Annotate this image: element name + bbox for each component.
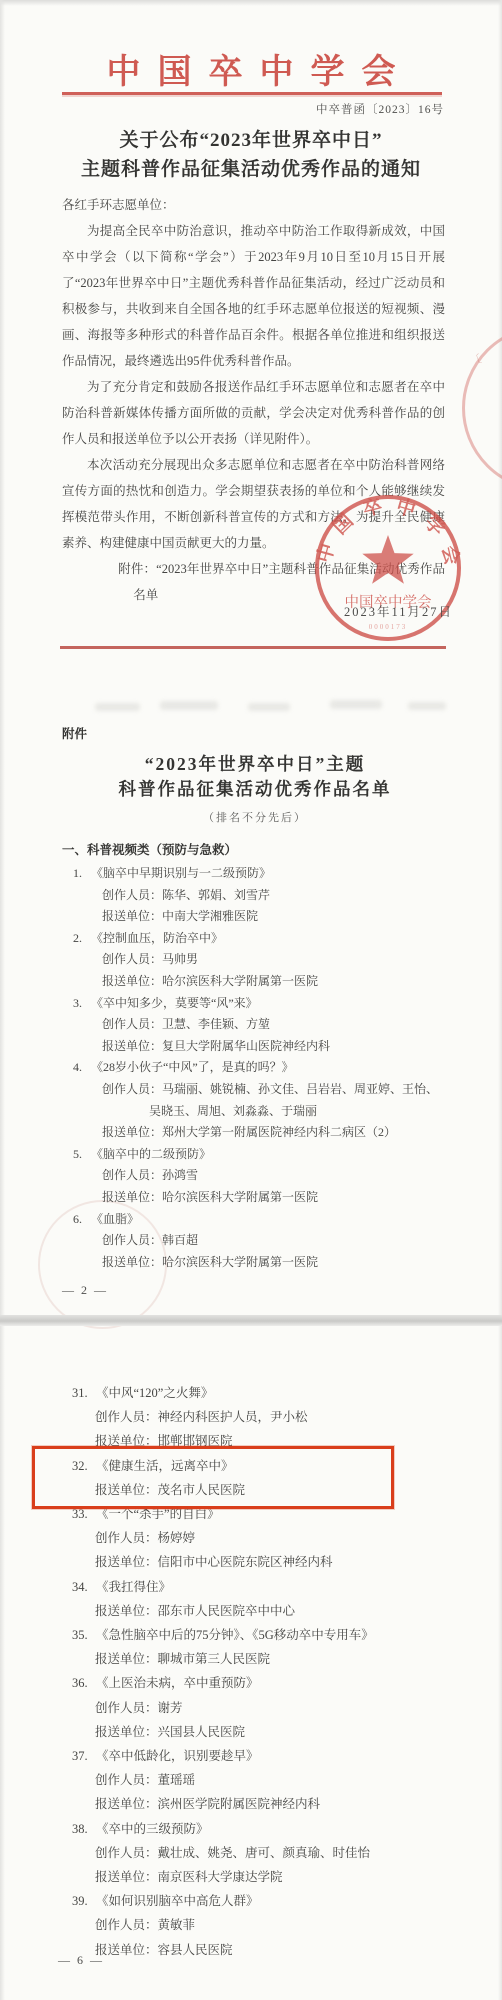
item-creators: 创作人员：神经内科医护人员，尹小松 — [58, 1405, 450, 1429]
official-seal: 中国卒中学会 中国卒中学会 0000173 — [308, 488, 468, 648]
item-creators: 创作人员：韩百超 — [62, 1230, 448, 1252]
item-title-line: 2.《控制血压，防治卒中》 — [62, 928, 448, 950]
item-unit: 报送单位：哈尔滨医科大学附属第一医院 — [62, 1187, 448, 1209]
item-unit: 报送单位：兴国县人民医院 — [58, 1720, 450, 1744]
item-title: 《卒中知多少，莫要等“风”来》 — [91, 996, 258, 1010]
item-number: 37. — [72, 1744, 96, 1768]
item-number: 36. — [72, 1671, 96, 1695]
item-unit: 报送单位：复旦大学附属华山医院神经内科 — [62, 1036, 448, 1058]
item-title-line: 6.《血脂》 — [62, 1209, 448, 1231]
award-item: 3.《卒中知多少，莫要等“风”来》 创作人员：卫慧、李佳颖、方堃 报送单位：复旦… — [62, 993, 448, 1058]
scan-artifact — [160, 701, 218, 710]
item-unit: 报送单位：中南大学湘雅医院 — [62, 906, 448, 928]
item-creators: 创作人员：董瑶瑶 — [58, 1768, 450, 1792]
doc-number: 中卒普函〔2023〕16号 — [316, 101, 444, 117]
attachment-page: 附件 “2023年世界卒中日”主题 科普作品征集活动优秀作品名单 （排名不分先后… — [62, 724, 448, 1273]
item-number: 5. — [73, 1144, 91, 1166]
attachment-title-line1: “2023年世界卒中日”主题 — [62, 752, 448, 777]
scan-artifact — [408, 702, 446, 710]
award-item: 38.《卒中的三级预防》 创作人员：戴壮成、姚尧、唐可、颜真瑜、时佳怡 报送单位… — [58, 1817, 450, 1890]
paragraph-2: 为了充分肯定和鼓励各报送作品红手环志愿单位和志愿者在卒中防治科普新媒体传播方面所… — [62, 374, 445, 452]
section-heading: 一、科普视频类（预防与急救） — [62, 840, 448, 858]
item-title: 《脑卒中的二级预防》 — [91, 1147, 211, 1161]
item-number: 1. — [73, 863, 91, 885]
item-title: 《急性脑卒中后的75分钟》、《5G移动卒中专用车》 — [96, 1628, 374, 1642]
item-title-line: 35.《急性脑卒中后的75分钟》、《5G移动卒中专用车》 — [58, 1623, 450, 1647]
item-number: 39. — [72, 1889, 96, 1913]
scan-edge-shadow — [498, 0, 502, 2000]
item-title: 《上医治未病，卒中重预防》 — [96, 1676, 259, 1690]
item-unit: 报送单位：信阳市中心医院东院区神经内科 — [58, 1550, 450, 1574]
notice-title: 关于公布“2023年世界卒中日” 主题科普作品征集活动优秀作品的通知 — [0, 126, 502, 184]
item-number: 31. — [72, 1381, 96, 1405]
item-title-line: 34.《我扛得住》 — [58, 1575, 450, 1599]
item-title: 《卒中的三级预防》 — [96, 1822, 209, 1836]
item-number: 4. — [73, 1057, 91, 1079]
item-creators: 创作人员：戴壮成、姚尧、唐可、颜真瑜、时佳怡 — [58, 1841, 450, 1865]
award-item: 4.《28岁小伙子“中风”了，是真的吗？》 创作人员：马瑞丽、姚锐楠、孙文佳、吕… — [62, 1057, 448, 1143]
notice-title-line2: 主题科普作品征集活动优秀作品的通知 — [0, 155, 502, 184]
item-number: 35. — [72, 1623, 96, 1647]
item-title: 《如何识别脑卒中高危人群》 — [96, 1894, 259, 1908]
item-creators: 创作人员：杨婷婷 — [58, 1526, 450, 1550]
scan-artifact — [248, 703, 290, 711]
item-title-line: 36.《上医治未病，卒中重预防》 — [58, 1671, 450, 1695]
item-title-line: 5.《脑卒中的二级预防》 — [62, 1144, 448, 1166]
item-number: 2. — [73, 928, 91, 950]
item-creators: 创作人员：黄敏菲 — [58, 1913, 450, 1937]
attachment-title-line2: 科普作品征集活动优秀作品名单 — [62, 777, 448, 802]
award-item: 2.《控制血压，防治卒中》 创作人员：马帅男 报送单位：哈尔滨医科大学附属第一医… — [62, 928, 448, 993]
attachment-label: 附件 — [62, 724, 448, 742]
item-title-line: 1.《脑卒中早期识别与一二级预防》 — [62, 863, 448, 885]
award-item: 33.《一个“杀手”的自白》 创作人员：杨婷婷 报送单位：信阳市中心医院东院区神… — [58, 1502, 450, 1575]
scan-artifact — [330, 700, 382, 709]
award-item: 5.《脑卒中的二级预防》 创作人员：孙鸿雪 报送单位：哈尔滨医科大学附属第一医院 — [62, 1144, 448, 1209]
item-title: 《血脂》 — [91, 1212, 139, 1226]
item-creators: 创作人员：孙鸿雪 — [62, 1165, 448, 1187]
item-title: 《我扛得住》 — [96, 1580, 171, 1594]
award-item: 37.《卒中低龄化，识别要趁早》 创作人员：董瑶瑶 报送单位：滨州医学院附属医院… — [58, 1744, 450, 1817]
item-number: 38. — [72, 1817, 96, 1841]
item-title: 《一个“杀手”的自白》 — [96, 1507, 220, 1521]
award-item: 1.《脑卒中早期识别与一二级预防》 创作人员：陈华、郭娟、刘雪芹 报送单位：中南… — [62, 863, 448, 928]
award-item: 6.《血脂》 创作人员：韩百超 报送单位：哈尔滨医科大学附属第一医院 — [62, 1209, 448, 1274]
item-unit: 报送单位：郑州大学第一附属医院神经内科二病区（2） — [62, 1122, 448, 1144]
ranking-note: （排名不分先后） — [62, 809, 448, 825]
item-title: 《脑卒中早期识别与一二级预防》 — [91, 866, 271, 880]
item-number: 6. — [73, 1209, 91, 1231]
award-item: 31.《中风“120”之火舞》 创作人员：神经内科医护人员，尹小松 报送单位：邯… — [58, 1381, 450, 1454]
item-creators: 创作人员：陈华、郭娟、刘雪芹 — [62, 885, 448, 907]
item-unit: 报送单位：邵东市人民医院卒中中心 — [58, 1599, 450, 1623]
issue-date: 2023年11月27日 — [344, 602, 453, 620]
highlight-box — [32, 1446, 394, 1509]
item-title-line: 39.《如何识别脑卒中高危人群》 — [58, 1889, 450, 1913]
item-creators: 创作人员：马瑞丽、姚锐楠、孙文佳、吕岩岩、周亚婷、王怡、吴晓玉、周旭、刘淼淼、于… — [62, 1079, 448, 1122]
item-title-line: 37.《卒中低龄化，识别要趁早》 — [58, 1744, 450, 1768]
paragraph-1: 为提高全民卒中防治意识，推动卒中防治工作取得新成效，中国卒中学会（以下简称“学会… — [62, 218, 445, 374]
page-number: — 2 — — [62, 1283, 108, 1298]
scan-artifact — [95, 703, 140, 711]
org-name: 中国卒中学会 — [0, 44, 502, 93]
award-item: 34.《我扛得住》 报送单位：邵东市人民医院卒中中心 — [58, 1575, 450, 1623]
award-item: 39.《如何识别脑卒中高危人群》 创作人员：黄敏菲 报送单位：容县人民医院 — [58, 1889, 450, 1962]
item-title: 《卒中低龄化，识别要趁早》 — [96, 1749, 259, 1763]
salutation: 各红手环志愿单位： — [62, 192, 445, 218]
item-unit: 报送单位：滨州医学院附属医院神经内科 — [58, 1792, 450, 1816]
item-title-line: 3.《卒中知多少，莫要等“风”来》 — [62, 993, 448, 1015]
item-title-line: 4.《28岁小伙子“中风”了，是真的吗？》 — [62, 1057, 448, 1079]
scan-edge-shadow — [0, 0, 5, 2000]
letterhead-rule — [62, 92, 442, 95]
scan-edge-shadow — [0, 0, 502, 6]
item-unit: 报送单位：哈尔滨医科大学附属第一医院 — [62, 971, 448, 993]
award-item: 35.《急性脑卒中后的75分钟》、《5G移动卒中专用车》 报送单位：聊城市第三人… — [58, 1623, 450, 1671]
page-separator — [0, 1315, 502, 1326]
award-item: 36.《上医治未病，卒中重预防》 创作人员：谢芳 报送单位：兴国县人民医院 — [58, 1671, 450, 1744]
item-unit: 报送单位：哈尔滨医科大学附属第一医院 — [62, 1252, 448, 1274]
seal-star-icon — [362, 535, 413, 584]
item-title: 《控制血压，防治卒中》 — [91, 931, 223, 945]
notice-title-line1: 关于公布“2023年世界卒中日” — [0, 126, 502, 155]
item-creators: 创作人员：马帅男 — [62, 949, 448, 971]
item-number: 34. — [72, 1575, 96, 1599]
item-title: 《中风“120”之火舞》 — [96, 1386, 213, 1400]
page-number: — 6 — — [58, 1953, 104, 1968]
item-number: 3. — [73, 993, 91, 1015]
item-unit: 报送单位：容县人民医院 — [58, 1938, 450, 1962]
item-creators: 创作人员：卫慧、李佳颖、方堃 — [62, 1014, 448, 1036]
award-list: 1.《脑卒中早期识别与一二级预防》 创作人员：陈华、郭娟、刘雪芹 报送单位：中南… — [62, 863, 448, 1273]
item-title-line: 38.《卒中的三级预防》 — [58, 1817, 450, 1841]
edge-seal-arc — [462, 325, 502, 491]
item-unit: 报送单位：南京医科大学康达学院 — [58, 1865, 450, 1889]
scanned-document: 中国卒中学会 中卒普函〔2023〕16号 关于公布“2023年世界卒中日” 主题… — [0, 0, 502, 2000]
item-unit: 报送单位：聊城市第三人民医院 — [58, 1647, 450, 1671]
item-title-line: 31.《中风“120”之火舞》 — [58, 1381, 450, 1405]
item-title: 《28岁小伙子“中风”了，是真的吗？》 — [91, 1060, 294, 1074]
footer-rule — [60, 646, 446, 649]
item-creators: 创作人员：谢芳 — [58, 1696, 450, 1720]
seal-serial: 0000173 — [369, 623, 408, 631]
